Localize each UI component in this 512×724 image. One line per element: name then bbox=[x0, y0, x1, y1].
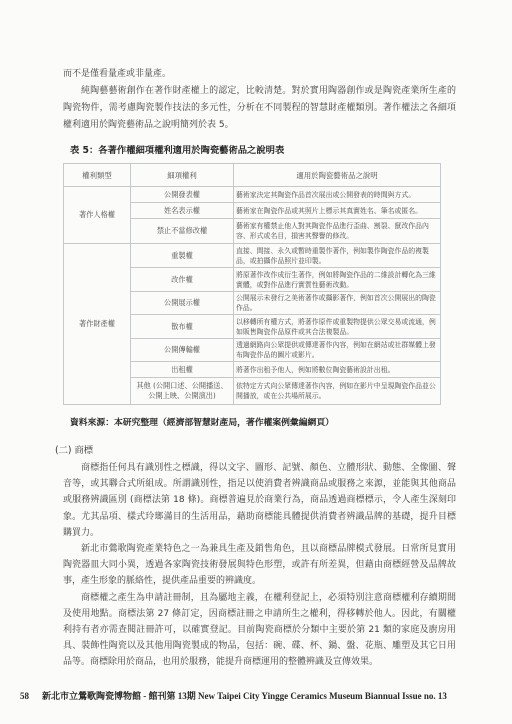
trademark-section-heading: (二) 商標 bbox=[55, 442, 456, 456]
sub-right-cell: 改作權 bbox=[131, 268, 234, 292]
description-cell: 公開展示未發行之美術著作或攝影著作，例如首次公開展出的陶瓷作品。 bbox=[234, 292, 441, 315]
sub-right-cell: 公開展示權 bbox=[131, 292, 234, 315]
description-cell: 將著作出租予他人，例如將數位陶瓷藝術設計出租。 bbox=[234, 362, 441, 378]
trademark-paragraph: 新北市鶯歌陶瓷產業特色之一為兼具生產及銷售角色，且以商標品牌模式發展。日常所見實… bbox=[63, 541, 456, 590]
journal-title: 新北市立鶯歌陶瓷博物館 - 館刊第 13期 New Taipei City Yi… bbox=[42, 689, 447, 702]
sub-right-cell: 姓名表示權 bbox=[131, 203, 234, 219]
table5-title: 表 5：各著作權細項權利適用於陶瓷藝術品之說明表 bbox=[70, 142, 456, 156]
table-row: 著作財產權 重製權 直接、間接、永久或暫時重製作著作，例如製作陶瓷作品的複製品，… bbox=[64, 244, 441, 268]
column-header-right-type: 權利類型 bbox=[64, 164, 131, 187]
sub-right-cell: 散布權 bbox=[131, 315, 234, 339]
page-number: 58 bbox=[20, 691, 29, 701]
description-cell: 藝術家有權禁止他人對其陶瓷作品進行歪曲、割裂、竄改作品內容、形式或名目，損害其聲… bbox=[234, 219, 441, 244]
description-cell: 透過網路向公眾提供或傳達著作內容，例如在網站或社群媒體上發布陶瓷作品的圖片或影片… bbox=[234, 339, 441, 362]
document-page: 而不是僅看量產或非量產。 純陶藝藝術創作在著作財產權上的認定，比較清楚。對於實用… bbox=[0, 0, 512, 724]
sub-right-cell: 公開發表權 bbox=[131, 187, 234, 203]
description-cell: 藝術家決定其陶瓷作品首次展出或公開發表的時間與方式。 bbox=[234, 187, 441, 203]
copyright-rights-table: 權利類型 細項權利 適用於陶瓷藝術品之說明 著作人格權 公開發表權 藝術家決定其… bbox=[63, 163, 441, 405]
sub-right-cell: 重製權 bbox=[131, 244, 234, 268]
continuation-paragraph: 而不是僅看量產或非量產。 bbox=[63, 66, 456, 83]
description-cell: 藝術家在陶瓷作品或其照片上標示其真實姓名、筆名或匿名。 bbox=[234, 203, 441, 219]
sub-right-cell: 出租權 bbox=[131, 362, 234, 378]
trademark-paragraph: 商標權之產生為申請註冊制，且為屬地主義，在權利登記上，必須特別注意商標權利存續期… bbox=[63, 590, 456, 671]
right-type-group-economic: 著作財產權 bbox=[64, 244, 131, 405]
table5-source-note: 資料來源：本研究整理（經濟部智慧財產局，著作權案例彙編網頁） bbox=[70, 415, 456, 428]
right-type-group-moral: 著作人格權 bbox=[64, 187, 131, 244]
column-header-description: 適用於陶瓷藝術品之說明 bbox=[234, 164, 441, 187]
trademark-paragraph: 商標指任何具有識別性之標識，得以文字、圖形、記號、顏色、立體形狀、動態、全像圖、… bbox=[63, 460, 456, 541]
ip-overview-paragraph: 純陶藝藝術創作在著作財產權上的認定，比較清楚。對於實用陶器創作或是陶瓷產業所生產… bbox=[63, 83, 456, 134]
page-footer: 58 新北市立鶯歌陶瓷博物館 - 館刊第 13期 New Taipei City… bbox=[20, 689, 447, 702]
sub-right-cell: 禁止不當修改權 bbox=[131, 219, 234, 244]
page-content: 而不是僅看量產或非量產。 純陶藝藝術創作在著作財產權上的認定，比較清楚。對於實用… bbox=[63, 66, 456, 671]
table-header-row: 權利類型 細項權利 適用於陶瓷藝術品之說明 bbox=[64, 164, 441, 187]
description-cell: 依特定方式向公眾傳達著作內容，例如在影片中呈現陶瓷作品並公開播放，或在公共場所展… bbox=[234, 378, 441, 405]
column-header-sub-right: 細項權利 bbox=[131, 164, 234, 187]
table-row: 著作人格權 公開發表權 藝術家決定其陶瓷作品首次展出或公開發表的時間與方式。 bbox=[64, 187, 441, 203]
description-cell: 將原著作改作成衍生著作，例如將陶瓷作品的二維設計轉化為三維實體，或對作品進行實質… bbox=[234, 268, 441, 292]
description-cell: 以移轉所有權方式，將著作原件或重製物提供公眾交易或流通，例如販售陶瓷作品原件或其… bbox=[234, 315, 441, 339]
description-cell: 直接、間接、永久或暫時重製作著作，例如製作陶瓷作品的複製品，或拍攝作品照片並印製… bbox=[234, 244, 441, 268]
sub-right-cell: 其他 (公開口述、公開播送、公開上映、公開演出) bbox=[131, 378, 234, 405]
sub-right-cell: 公開傳輸權 bbox=[131, 339, 234, 362]
